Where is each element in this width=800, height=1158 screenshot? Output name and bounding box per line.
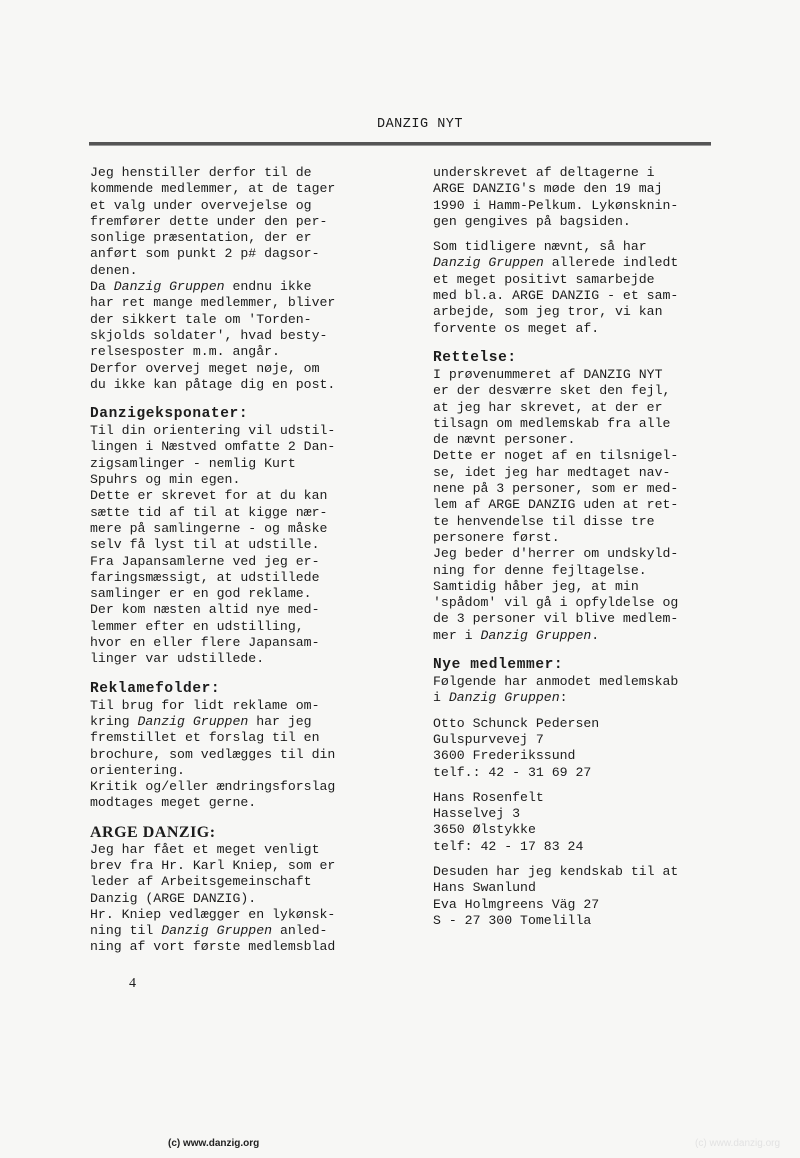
text-line: har ret mange medlemmer, bliver: [90, 295, 400, 311]
spacer: [90, 393, 400, 402]
text-line: fremfører dette under den per-: [90, 214, 400, 230]
text-line: nene på 3 personer, som er med-: [433, 481, 733, 497]
text-fragment: allerede indledt: [544, 255, 679, 270]
text-fragment: :: [560, 690, 568, 705]
contact-city: S - 27 300 Tomelilla: [433, 913, 733, 929]
text-line: ning for denne fejltagelse.: [433, 563, 733, 579]
text-fragment: anled-: [272, 923, 327, 938]
text-line: Da Danzig Gruppen endnu ikke: [90, 279, 400, 295]
text-line: der sikkert tale om 'Torden-: [90, 312, 400, 328]
right-column: underskrevet af deltagerne i ARGE DANZIG…: [433, 165, 733, 929]
text-line: brochure, som vedlægges til din: [90, 747, 400, 763]
section-correction: Rettelse: I prøvenummeret af DANZIG NYT …: [433, 349, 733, 644]
text-line: gen gengives på bagsiden.: [433, 214, 733, 230]
section-exhibits: Danzigeksponater: Til din orientering vi…: [90, 405, 400, 667]
member-street: Hasselvej 3: [433, 806, 733, 822]
text-line: Dette er skrevet for at du kan: [90, 488, 400, 504]
text-line: Danzig (ARGE DANZIG).: [90, 891, 400, 907]
text-line: denen.: [90, 263, 400, 279]
text-line: personere først.: [433, 530, 733, 546]
spacer: [90, 812, 400, 821]
text-line: de nævnt personer.: [433, 432, 733, 448]
section-new-members: Nye medlemmer: Følgende har anmodet medl…: [433, 656, 733, 929]
text-line: lingen i Næstved omfatte 2 Dan-: [90, 439, 400, 455]
text-line: samlinger er en god reklame.: [90, 586, 400, 602]
text-line: forvente os meget af.: [433, 321, 733, 337]
cooperation-paragraph: Som tidligere nævnt, så har Danzig Grupp…: [433, 239, 733, 337]
text-line: ning til Danzig Gruppen anled-: [90, 923, 400, 939]
member-street: Gulspurvevej 7: [433, 732, 733, 748]
text-line: selv få lyst til at udstille.: [90, 537, 400, 553]
text-line: underskrevet af deltagerne i: [433, 165, 733, 181]
text-line: faringsmæssigt, at udstillede: [90, 570, 400, 586]
text-line: Følgende har anmodet medlemskab: [433, 674, 733, 690]
member-city: 3600 Frederikssund: [433, 748, 733, 764]
group-name: Danzig Gruppen: [161, 923, 272, 938]
text-line: zigsamlinger - nemlig Kurt: [90, 456, 400, 472]
text-line: lem af ARGE DANZIG uden at ret-: [433, 497, 733, 513]
copyright-watermark: (c) www.danzig.org: [168, 1138, 259, 1149]
text-line: anført som punkt 2 p# dagsor-: [90, 246, 400, 262]
text-line: Som tidligere nævnt, så har: [433, 239, 733, 255]
text-line: tilsagn om medlemskab fra alle: [433, 416, 733, 432]
text-line: orientering.: [90, 763, 400, 779]
member-address: Hans Rosenfelt Hasselvej 3 3650 Ølstykke…: [433, 790, 733, 855]
text-fragment: i: [433, 690, 449, 705]
spacer: [433, 337, 733, 346]
header-divider: [89, 142, 711, 146]
text-line: Jeg har fået et meget venligt: [90, 842, 400, 858]
text-line: kring Danzig Gruppen har jeg: [90, 714, 400, 730]
text-line: kommende medlemmer, at de tager: [90, 181, 400, 197]
member-city: 3650 Ølstykke: [433, 822, 733, 838]
text-line: Desuden har jeg kendskab til at: [433, 864, 733, 880]
members-paragraph: Da Danzig Gruppen endnu ikke har ret man…: [90, 279, 400, 393]
member-phone: telf.: 42 - 31 69 27: [433, 765, 733, 781]
text-line: arbejde, som jeg tror, vi kan: [433, 304, 733, 320]
text-line: mere på samlingerne - og måske: [90, 521, 400, 537]
text-line: Der kom næsten altid nye med-: [90, 602, 400, 618]
text-line: du ikke kan påtage dig en post.: [90, 377, 400, 393]
member-name: Otto Schunck Pedersen: [433, 716, 733, 732]
text-line: linger var udstillede.: [90, 651, 400, 667]
text-line: 1990 i Hamm-Pelkum. Lykønsknin-: [433, 198, 733, 214]
spacer: [90, 668, 400, 677]
text-line: relsesposter m.m. angår.: [90, 344, 400, 360]
spacer: [433, 707, 733, 716]
text-line: brev fra Hr. Karl Kniep, som er: [90, 858, 400, 874]
text-line: i Danzig Gruppen:: [433, 690, 733, 706]
contact-street: Eva Holmgreens Väg 27: [433, 897, 733, 913]
text-line: Hr. Kniep vedlægger en lykønsk-: [90, 907, 400, 923]
intro-paragraph: Jeg henstiller derfor til de kommende me…: [90, 165, 400, 279]
section-heading: Nye medlemmer:: [433, 656, 733, 674]
text-line: Danzig Gruppen allerede indledt: [433, 255, 733, 271]
intro-paragraph: underskrevet af deltagerne i ARGE DANZIG…: [433, 165, 733, 230]
group-name: Danzig Gruppen: [433, 255, 544, 270]
spacer: [433, 230, 733, 239]
section-heading: Danzigeksponater:: [90, 405, 400, 423]
text-line: lemmer efter en udstilling,: [90, 619, 400, 635]
text-fragment: endnu ikke: [225, 279, 312, 294]
text-line: er der desværre sket den fejl,: [433, 383, 733, 399]
text-line: skjolds soldater', hvad besty-: [90, 328, 400, 344]
page-number: 4: [129, 976, 136, 992]
text-line: Jeg henstiller derfor til de: [90, 165, 400, 181]
text-line: Jeg beder d'herrer om undskyld-: [433, 546, 733, 562]
text-fragment: har jeg: [248, 714, 311, 729]
text-line: et meget positivt samarbejde: [433, 272, 733, 288]
text-line: de 3 personer vil blive medlem-: [433, 611, 733, 627]
text-line: et valg under overvejelse og: [90, 198, 400, 214]
text-line: at jeg har skrevet, at der er: [433, 400, 733, 416]
text-line: sonlige præsentation, der er: [90, 230, 400, 246]
member-name: Hans Rosenfelt: [433, 790, 733, 806]
section-folder: Reklamefolder: Til brug for lidt reklame…: [90, 680, 400, 812]
section-heading: Reklamefolder:: [90, 680, 400, 698]
member-address: Otto Schunck Pedersen Gulspurvevej 7 360…: [433, 716, 733, 781]
text-line: Derfor overvej meget nøje, om: [90, 361, 400, 377]
section-heading: ARGE DANZIG:: [90, 824, 400, 842]
newsletter-title: DANZIG NYT: [0, 117, 800, 132]
text-line: I prøvenummeret af DANZIG NYT: [433, 367, 733, 383]
text-line: Fra Japansamlerne ved jeg er-: [90, 554, 400, 570]
member-phone: telf: 42 - 17 83 24: [433, 839, 733, 855]
text-fragment: kring: [90, 714, 137, 729]
text-fragment: ning til: [90, 923, 161, 938]
section-heading: Rettelse:: [433, 349, 733, 367]
text-line: ARGE DANZIG's møde den 19 maj: [433, 181, 733, 197]
spacer: [433, 781, 733, 790]
text-fragment: mer i: [433, 628, 480, 643]
text-line: med bl.a. ARGE DANZIG - et sam-: [433, 288, 733, 304]
text-line: Spuhrs og min egen.: [90, 472, 400, 488]
known-contact: Desuden har jeg kendskab til at Hans Swa…: [433, 864, 733, 929]
text-line: fremstillet et forslag til en: [90, 730, 400, 746]
text-line: modtages meget gerne.: [90, 795, 400, 811]
spacer: [433, 644, 733, 653]
group-name: Danzig Gruppen: [137, 714, 248, 729]
text-line: 'spådom' vil gå i opfyldelse og: [433, 595, 733, 611]
text-line: Til din orientering vil udstil-: [90, 423, 400, 439]
copyright-watermark-faint: (c) www.danzig.org: [695, 1138, 780, 1149]
contact-name: Hans Swanlund: [433, 880, 733, 896]
text-line: te henvendelse til disse tre: [433, 514, 733, 530]
text-line: sætte tid af til at kigge nær-: [90, 505, 400, 521]
text-line: Kritik og/eller ændringsforslag: [90, 779, 400, 795]
group-name: Danzig Gruppen: [480, 628, 591, 643]
section-arge: ARGE DANZIG: Jeg har fået et meget venli…: [90, 824, 400, 956]
text-fragment: Da: [90, 279, 114, 294]
group-name: Danzig Gruppen: [449, 690, 560, 705]
text-line: ning af vort første medlemsblad: [90, 939, 400, 955]
group-name: Danzig Gruppen: [114, 279, 225, 294]
text-line: hvor en eller flere Japansam-: [90, 635, 400, 651]
spacer: [433, 855, 733, 864]
text-line: Dette er noget af en tilsnigel-: [433, 448, 733, 464]
text-line: se, idet jeg har medtaget nav-: [433, 465, 733, 481]
text-line: leder af Arbeitsgemeinschaft: [90, 874, 400, 890]
text-line: Samtidig håber jeg, at min: [433, 579, 733, 595]
text-fragment: .: [591, 628, 599, 643]
left-column: Jeg henstiller derfor til de kommende me…: [90, 165, 400, 956]
text-line: mer i Danzig Gruppen.: [433, 628, 733, 644]
text-line: Til brug for lidt reklame om-: [90, 698, 400, 714]
